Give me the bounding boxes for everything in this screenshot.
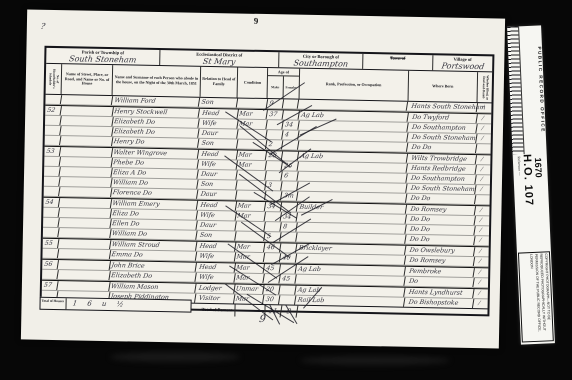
cell-schedule — [42, 228, 59, 237]
cell-street — [59, 187, 112, 197]
cell-name: Elizabeth Do — [112, 127, 201, 138]
cell-schedule — [44, 116, 61, 125]
cell-born: Do Southampton — [406, 174, 477, 184]
cell-name: Henry Stockwell — [112, 107, 201, 118]
cell-street — [58, 208, 111, 218]
cell-name: Walter Wingrove — [111, 148, 200, 159]
film-smudge — [110, 352, 240, 362]
cell-tick-mark: ∕ — [475, 247, 489, 256]
cell-street — [58, 239, 111, 249]
ruler-zone: PUBLIC RECORD OFFICE — [507, 25, 547, 154]
cell-name: William Mason — [109, 282, 198, 293]
houses-summary-label: Total of Houses — [40, 298, 66, 309]
census-page: 9 ? Parish or Township of South Stoneham… — [21, 9, 505, 348]
cell-schedule — [44, 136, 61, 145]
cell-name: Phebe Do — [111, 158, 200, 169]
cell-schedule — [45, 95, 62, 104]
census-table: Parish or Township of South Stoneham Ecc… — [39, 46, 494, 317]
cell-age_f: 34 — [282, 120, 299, 129]
cell-name: Florence Do — [110, 188, 199, 199]
cell-schedule — [42, 249, 59, 258]
cell-street — [57, 260, 110, 270]
cell-tick-mark: ∕ — [476, 165, 490, 174]
total-rest — [297, 306, 487, 322]
col-occupation: Rank, Profession, or Occupation — [299, 69, 409, 101]
cell-schedule: 54 — [43, 198, 60, 207]
cell-tick-mark: ∕ — [477, 134, 491, 143]
copyright-stamp: COPYRIGHT PHOTOGRAPH—NOT TO BE REPRODUCE… — [518, 251, 554, 342]
cell-born: Hants Redbridge — [406, 164, 477, 174]
cell-tick-mark: ∕ — [474, 289, 488, 298]
cell-tick-mark: ∕ — [474, 257, 488, 266]
col-relation: Relation to Head of Family — [200, 67, 238, 98]
census-scan-screen: 9 ? Parish or Township of South Stoneham… — [0, 0, 572, 380]
cell-name: William Emery — [110, 199, 199, 210]
cell-tick-mark: ∕ — [475, 216, 489, 225]
cell-born: Do — [404, 277, 475, 287]
cell-schedule — [43, 167, 60, 176]
cell-tick-mark: ∕ — [475, 206, 489, 215]
cell-street — [61, 95, 114, 105]
record-office-title: PUBLIC RECORD OFFICE — [519, 25, 547, 154]
cell-street — [60, 106, 113, 116]
houses-summary-note: 1 6 u ½ — [66, 298, 192, 311]
cell-born: Do Southampton — [407, 123, 478, 133]
header-borough: City or Borough of Southampton — [279, 52, 364, 69]
cell-street — [60, 136, 113, 146]
cell-name: Ellen Do — [110, 219, 199, 230]
header-parish: Parish or Township of South Stoneham — [46, 48, 160, 65]
cell-age_m: 30 — [263, 295, 280, 304]
cell-relation: Son — [198, 180, 237, 190]
cell-relation: Head — [198, 150, 237, 160]
cell-tick-mark: ∕ — [474, 268, 488, 277]
cell-tick-mark: ∕ — [476, 155, 490, 164]
cell-schedule — [43, 187, 60, 196]
cell-street — [58, 249, 111, 259]
cell-age_f — [279, 295, 296, 304]
cell-name: William Ford — [112, 96, 200, 107]
cell-born: Do Do — [407, 143, 478, 153]
cell-relation: Head — [196, 263, 235, 273]
cell-street — [59, 167, 112, 177]
cell-street — [57, 270, 110, 280]
cell-relation: Son — [199, 139, 238, 149]
cell-tick-mark: ∕ — [475, 236, 489, 245]
cell-relation: Daur — [199, 129, 238, 139]
cell-relation: Wife — [196, 273, 235, 283]
cell-born: Hants Lyndhurst — [404, 288, 475, 298]
cell-born: Wilts Trowbridge — [406, 154, 477, 164]
cell-relation: Wife — [197, 211, 236, 221]
header-town: Town of — [363, 54, 433, 70]
cell-tick-mark: ∕ — [474, 278, 488, 287]
cell-name: Emma Do — [109, 250, 198, 261]
cell-street — [60, 126, 113, 136]
cell-name: Eliza Do — [110, 209, 199, 220]
cell-born: Hants South Stoneham — [407, 102, 478, 112]
cell-relation: Son — [199, 98, 238, 108]
reference-zone: Reference — H.O. 107 1670 — [513, 153, 551, 249]
cell-age_f: 6 — [281, 171, 298, 180]
cell-age_f: 45 — [279, 274, 296, 283]
col-condition: Condition — [238, 68, 268, 99]
cell-schedule — [43, 177, 60, 186]
cell-schedule — [42, 218, 59, 227]
cell-tick-mark — [477, 144, 491, 153]
cell-born: Do South Stoneham — [407, 133, 478, 143]
col-age-males: Males — [268, 76, 284, 98]
cell-name: Elizabeth Do — [112, 117, 201, 128]
cell-schedule — [43, 208, 60, 217]
cell-street — [59, 157, 112, 167]
header-town-label: Town of — [363, 54, 431, 61]
cell-schedule: 57 — [41, 281, 58, 290]
cell-schedule: 56 — [42, 260, 59, 269]
cell-schedule: 53 — [44, 147, 61, 156]
cell-street — [59, 198, 112, 208]
cell-born: Do Romsey — [404, 256, 475, 266]
cell-relation: Daur — [198, 190, 237, 200]
cell-schedule — [44, 157, 61, 166]
cell-relation: Son — [197, 231, 236, 241]
cell-born: Do Do — [405, 225, 476, 235]
cell-name: William Stroud — [109, 240, 198, 251]
cell-age_m: 37 — [267, 110, 284, 119]
cell-born: Do Twyford — [407, 113, 478, 123]
cell-born: Do Do — [405, 235, 476, 245]
cell-age_m — [266, 130, 283, 139]
cell-street — [58, 218, 111, 228]
cell-tick-mark: ∕ — [474, 299, 488, 308]
cell-name: Elizabeth Do — [109, 271, 198, 282]
cell-tick-mark: ∕ — [476, 175, 490, 184]
cell-street — [60, 116, 113, 126]
cell-born: Do Romsey — [405, 205, 476, 215]
cell-age_f — [279, 285, 296, 294]
cell-born: Do Do — [405, 215, 476, 225]
header-village-value: Portswood — [432, 61, 493, 71]
cell-schedule: 55 — [42, 239, 59, 248]
cell-schedule — [41, 270, 58, 279]
cell-tick-mark — [476, 195, 490, 204]
col-age: Age of Males Females — [268, 68, 300, 99]
cell-street — [58, 228, 111, 238]
header-village: Village of Portswood — [433, 55, 493, 71]
cell-condition — [237, 99, 268, 109]
col-street: Name of Street, Place, or Road, and Name… — [61, 64, 113, 95]
cell-name: William Do — [111, 178, 200, 189]
record-office-strip: PUBLIC RECORD OFFICE Reference — H.O. 10… — [507, 25, 555, 344]
cell-born: Do Do — [406, 194, 477, 204]
cell-condition: Mar — [235, 201, 266, 211]
cell-relation: Daur — [197, 221, 236, 231]
cell-street — [60, 147, 113, 157]
cell-schedule — [44, 126, 61, 135]
cell-name: William Do — [110, 229, 199, 240]
cell-tick-mark: ∕ — [477, 124, 491, 133]
header-district: Ecclesiastical District of St Mary — [160, 50, 279, 67]
cell-schedule: 52 — [45, 106, 62, 115]
cell-name: Eliza A Do — [111, 168, 200, 179]
film-smudge — [300, 356, 450, 365]
cell-tick-mark: ∕ — [477, 114, 491, 123]
col-schedule: No. of Householder's Schedule — [46, 64, 62, 94]
page-number-top: 9 — [27, 11, 485, 30]
cell-age_m — [264, 222, 281, 231]
col-name: Name and Surname of each Person who abod… — [113, 65, 201, 97]
cell-relation: Daur — [198, 170, 237, 180]
cell-born: Do Bishopstoke — [404, 298, 475, 308]
col-blind: Whether Blind, or Deaf-and-Dumb — [478, 72, 492, 102]
col-born: Where Born — [408, 71, 478, 102]
cell-condition: Mar — [236, 151, 267, 161]
cell-born: Do Owslebury — [405, 246, 476, 256]
pencil-mark: ? — [40, 22, 46, 31]
cell-name: John Brice — [109, 261, 198, 272]
cell-name: Henry Do — [111, 137, 200, 148]
cell-age_m — [266, 161, 283, 170]
cell-tick-mark: ∕ — [476, 185, 490, 194]
cell-street — [59, 177, 112, 187]
cell-street — [57, 281, 110, 291]
cell-born: Do South Stoneham — [406, 184, 477, 194]
header-borough-value: Southampton — [278, 58, 363, 69]
cell-born: Pembroke — [404, 267, 475, 277]
cell-relation: Wife — [199, 119, 238, 129]
cell-relation: Visitor — [196, 294, 235, 304]
cell-relation: Wife — [196, 252, 235, 262]
cell-tick-mark: ∕ — [475, 226, 489, 235]
